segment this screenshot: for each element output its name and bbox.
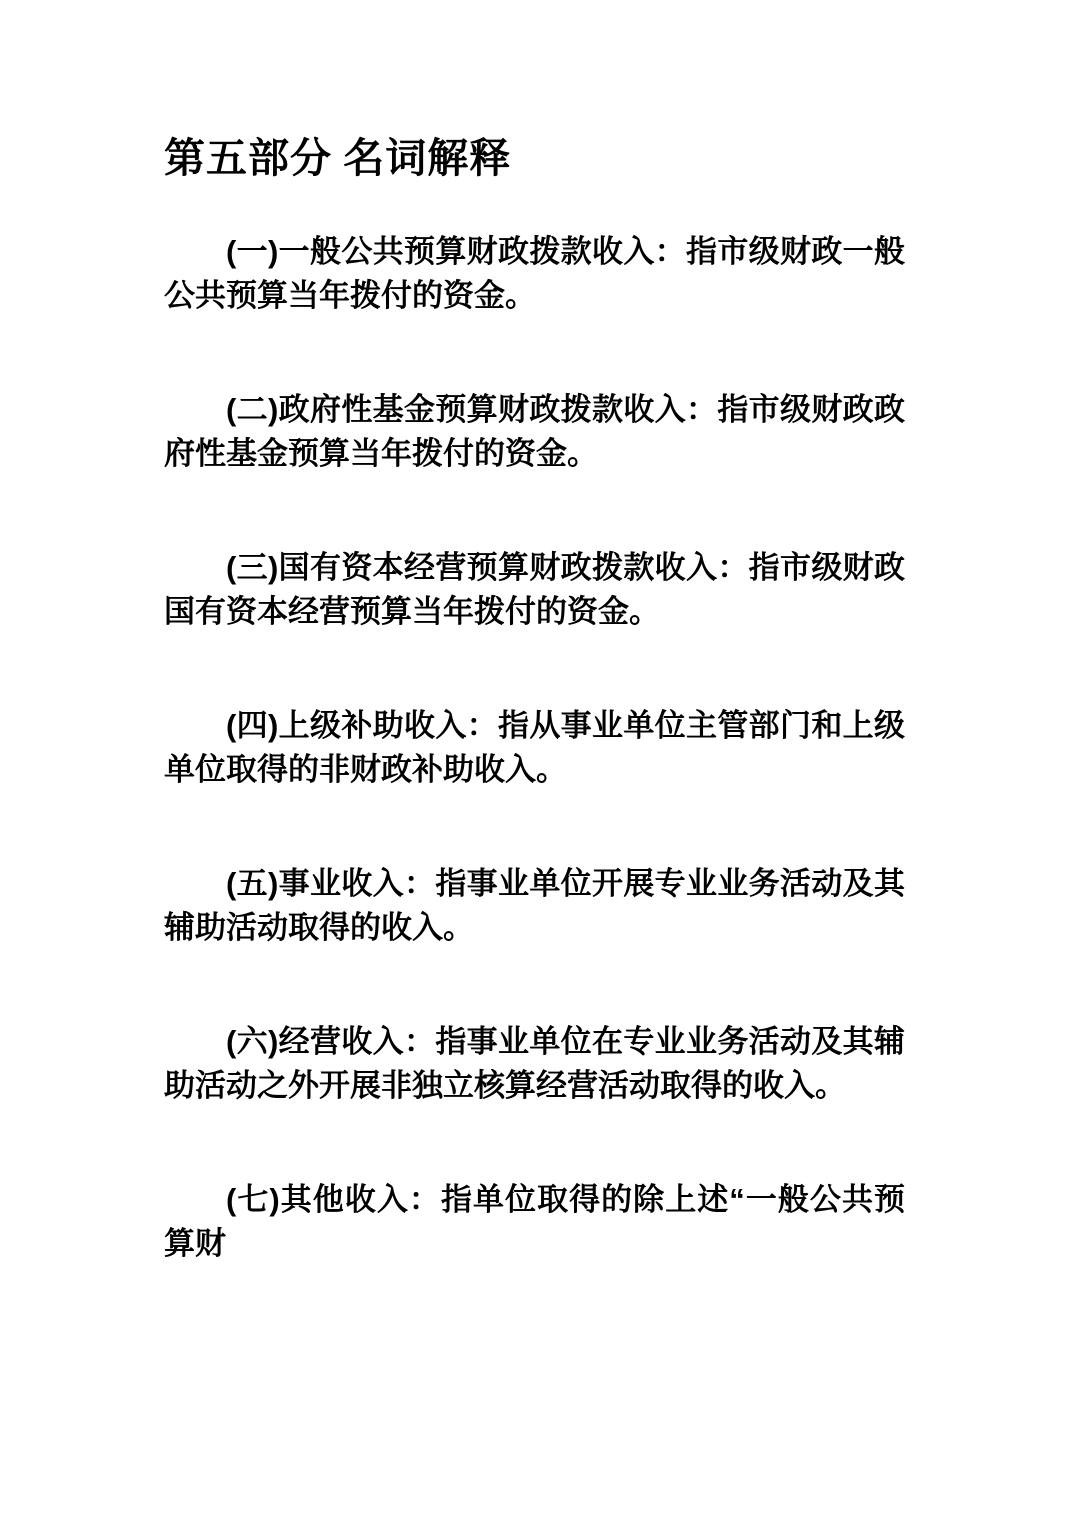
paragraph-definition-1: (一)一般公共预算财政拨款收入：指市级财政一般公共预算当年拨付的资金。 — [164, 230, 905, 318]
document-page: 第五部分 名词解释 (一)一般公共预算财政拨款收入：指市级财政一般公共预算当年拨… — [0, 0, 1075, 1521]
paragraph-definition-4: (四)上级补助收入：指从事业单位主管部门和上级单位取得的非财政补助收入。 — [164, 704, 905, 792]
document-title: 第五部分 名词解释 — [164, 130, 905, 186]
paragraph-definition-7: (七)其他收入：指单位取得的除上述“一般公共预算财 — [164, 1178, 905, 1266]
paragraph-definition-5: (五)事业收入：指事业单位开展专业业务活动及其辅助活动取得的收入。 — [164, 862, 905, 950]
paragraph-definition-2: (二)政府性基金预算财政拨款收入：指市级财政政府性基金预算当年拨付的资金。 — [164, 388, 905, 476]
paragraph-definition-6: (六)经营收入：指事业单位在专业业务活动及其辅助活动之外开展非独立核算经营活动取… — [164, 1020, 905, 1108]
paragraph-definition-3: (三)国有资本经营预算财政拨款收入：指市级财政国有资本经营预算当年拨付的资金。 — [164, 546, 905, 634]
